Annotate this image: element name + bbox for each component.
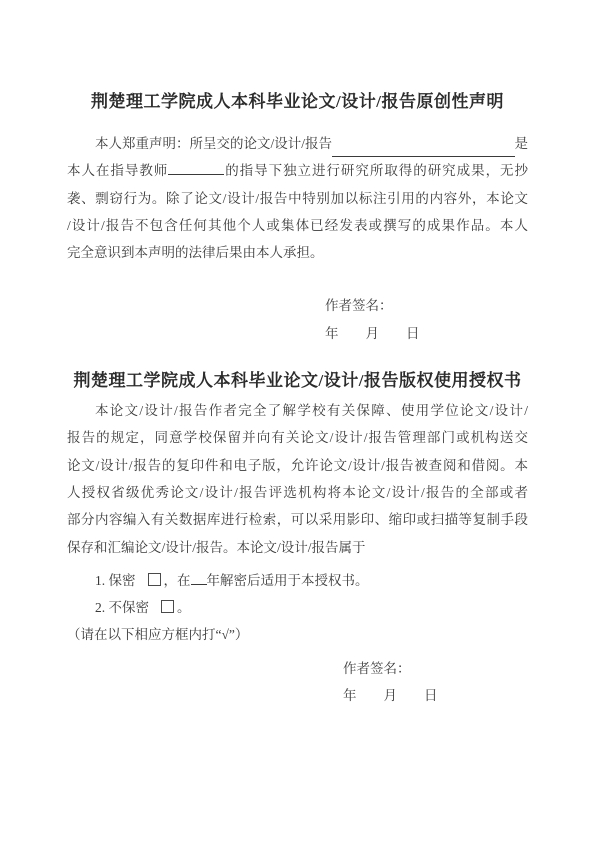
author-signature-label: 作者签名：: [343, 655, 528, 682]
declaration-line2-post: 的指导下独立进行研究所取得的研究成果，无抄: [224, 163, 528, 178]
text-line: 人授权省级优秀论文/设计/报告评选机构将本论文/设计/报告的全部或者: [67, 479, 528, 506]
advisor-name-blank-field[interactable]: [168, 160, 224, 175]
option1-label: 1. 保密: [95, 573, 136, 588]
document-page: 荆楚理工学院成人本科毕业论文/设计/报告原创性声明 本人郑重声明：所呈交的论文/…: [0, 0, 595, 842]
authorization-title: 荆楚理工学院成人本科毕业论文/设计/报告版权使用授权书: [67, 367, 528, 394]
option2-label: 2. 不保密: [95, 600, 149, 615]
text-line: 完全意识到本声明的法律后果由本人承担。: [67, 239, 528, 266]
text-line: 论文/设计/报告的复印件和电子版，允许论文/设计/报告被查阅和借阅。本: [67, 452, 528, 479]
declaration-body: 本人郑重声明：所呈交的论文/设计/报告 是 本人在指导教师的指导下独立进行研究所…: [67, 130, 528, 266]
text-line: 袭、剽窃行为。除了论文/设计/报告中特别加以标注引用的内容外，本论文: [67, 185, 528, 212]
secrecy-option-2: 2. 不保密。: [67, 594, 528, 621]
thesis-title-blank-field[interactable]: [332, 135, 514, 157]
declaration-line2-pre: 本人在指导教师: [67, 163, 168, 178]
date-line: 年 月 日: [343, 682, 528, 709]
text-line: 本人在指导教师的指导下独立进行研究所取得的研究成果，无抄: [67, 157, 528, 184]
authorization-signature-block: 作者签名： 年 月 日: [343, 655, 528, 710]
secrecy-options: 1. 保密，在年解密后适用于本授权书。 2. 不保密。 （请在以下相应方框内打“…: [67, 567, 528, 649]
text-line: 本论文/设计/报告作者完全了解学校有关保障、使用学位论文/设计/: [67, 397, 528, 424]
text-line: 本人郑重声明：所呈交的论文/设计/报告 是: [67, 130, 528, 157]
checkbox-instruction-note: （请在以下相应方框内打“√”）: [67, 621, 528, 648]
secrecy-option-1: 1. 保密，在年解密后适用于本授权书。: [67, 567, 528, 594]
option1-post-text: 年解密后适用于本授权书。: [207, 573, 369, 588]
author-signature-label: 作者签名：: [325, 292, 528, 319]
text-line: /设计/报告不包含任何其他个人或集体已经发表或撰写的成果作品。本人: [67, 212, 528, 239]
authorization-body: 本论文/设计/报告作者完全了解学校有关保障、使用学位论文/设计/ 报告的规定，同…: [67, 397, 528, 561]
declaration-signature-block: 作者签名： 年 月 日: [325, 292, 528, 347]
date-line: 年 月 日: [325, 320, 528, 347]
text-line: 部分内容编入有关数据库进行检索，可以采用影印、缩印或扫描等复制手段: [67, 506, 528, 533]
option2-post-text: 。: [177, 600, 191, 615]
declaration-line1-pre: 本人郑重声明：所呈交的论文/设计/报告: [95, 130, 332, 157]
text-line: 保存和汇编论文/设计/报告。本论文/设计/报告属于: [67, 534, 528, 561]
not-secret-checkbox[interactable]: [161, 600, 174, 613]
declaration-line1-post: 是: [515, 130, 529, 157]
option1-mid-text: ，在: [164, 573, 191, 588]
text-line: 报告的规定，同意学校保留并向有关论文/设计/报告管理部门或机构送交: [67, 424, 528, 451]
declaration-title: 荆楚理工学院成人本科毕业论文/设计/报告原创性声明: [67, 88, 528, 115]
decrypt-year-blank-field[interactable]: [191, 570, 207, 585]
secret-checkbox[interactable]: [148, 573, 161, 586]
